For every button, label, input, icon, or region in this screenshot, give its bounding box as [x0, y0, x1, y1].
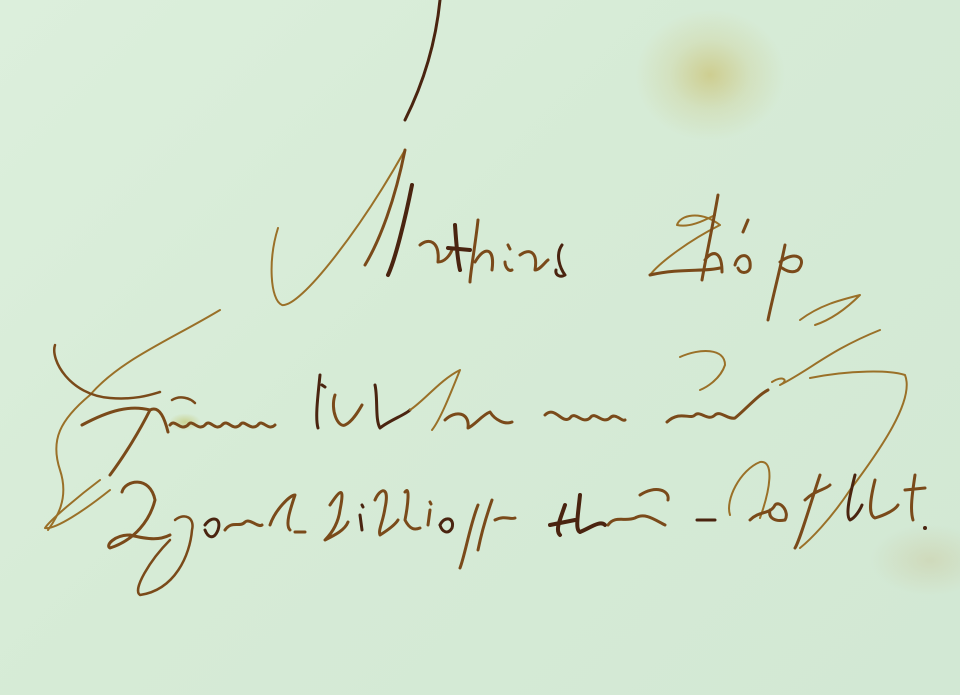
title-line-1 — [48, 310, 907, 548]
signature-name — [272, 150, 860, 325]
period-dot — [923, 526, 927, 530]
handwriting-strokes — [0, 0, 960, 695]
manuscript-page: Mathias Zhòp Humanitätslehrer und Lyzeal… — [0, 0, 960, 695]
title-line-2 — [45, 462, 927, 595]
